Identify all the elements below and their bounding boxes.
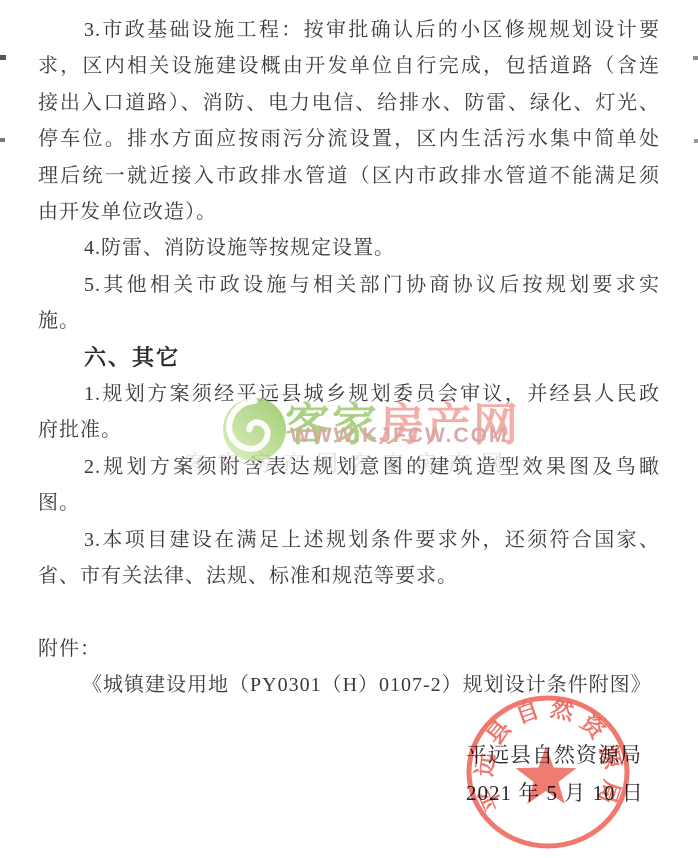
scan-artifact [693, 56, 698, 60]
brand-url: WWW.KJFCW.COM [290, 424, 508, 448]
body-line: 求，区内相关设施建设概由开发单位自行完成，包括道路（含连 [38, 48, 660, 84]
body-line: 5.其他相关市政设施与相关部门协商协议后按规划要求实 [38, 267, 660, 303]
scan-artifact [0, 55, 6, 60]
official-seal: 平远县自然资源局 [462, 694, 638, 856]
body-line: 省、市有关法律、法规、标准和规范等要求。 [38, 558, 660, 594]
document-page: 客家房产网 WWW.KJFCW.COM 客家房产网客家房产网 3.市政基础设施工… [0, 0, 698, 858]
scan-artifact [694, 139, 698, 143]
blank-line [38, 595, 660, 631]
body-line: 接出入口道路）、消防、电力电信、给排水、防雷、绿化、灯光、 [38, 85, 660, 121]
seal-star-icon [516, 746, 577, 804]
body-line: 停车位。排水方面应按雨污分流设置，区内生活污水集中简单处 [38, 121, 660, 157]
body-line: 理后统一就近接入市政排水管道（区内市政排水管道不能满足须 [38, 158, 660, 194]
attachment-label: 附件： [38, 631, 660, 667]
scan-artifact [0, 138, 5, 142]
body-line: 3.市政基础设施工程：按审批确认后的小区修规规划设计要 [38, 12, 660, 48]
body-line: 3.本项目建设在满足上述规划条件要求外，还须符合国家、 [38, 522, 660, 558]
body-line: 由开发单位改造）。 [38, 194, 660, 230]
watermark-echo-text: 客家房产网客家房产网 [184, 447, 514, 478]
body-line: 4.防雷、消防设施等按规定设置。 [38, 230, 660, 266]
body-line: 图。 [38, 485, 660, 521]
body-line: 施。 [38, 303, 660, 339]
document-body: 3.市政基础设施工程：按审批确认后的小区修规规划设计要 求，区内相关设施建设概由… [38, 12, 660, 704]
section-heading: 六、其它 [38, 340, 660, 376]
